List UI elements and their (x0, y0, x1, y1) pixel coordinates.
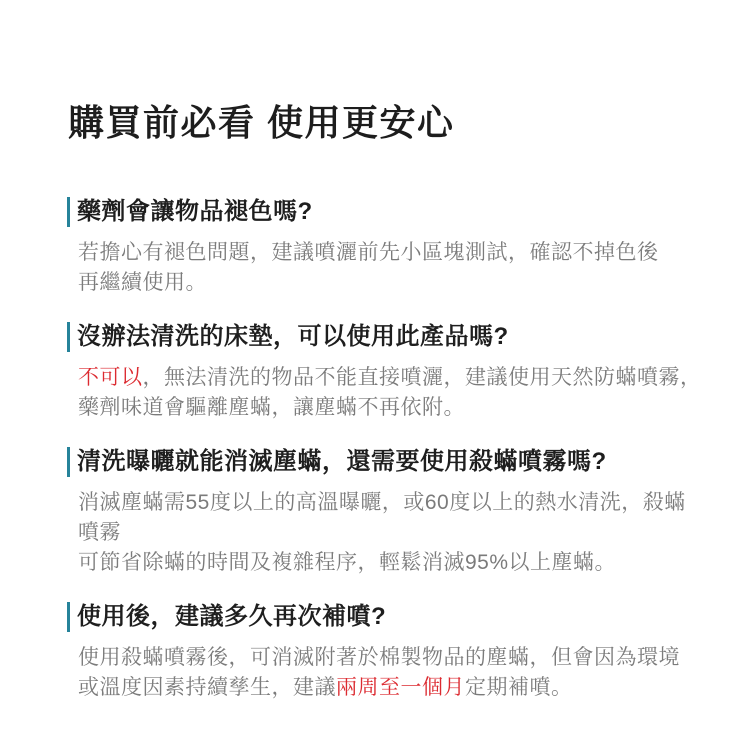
faq-item: 沒辦法清洗的床墊，可以使用此產品嗎? 不可以，無法清洗的物品不能直接噴灑，建議使… (67, 322, 702, 423)
faq-item: 清洗曝曬就能消滅塵蟎，還需要使用殺蟎噴霧嗎? 消滅塵蟎需55度以上的高溫曝曬，或… (67, 447, 702, 578)
answer-segment: 再繼續使用。 (78, 271, 207, 294)
answer-segment: 藥劑味道會驅離塵蟎，讓塵蟎不再依附。 (78, 396, 465, 419)
answer-segment: 或溫度因素持續孳生，建議 (78, 676, 336, 699)
answer-segment: ，無法清洗的物品不能直接噴灑，建議使用天然防蟎噴霧， (143, 366, 702, 389)
answer-highlight: 兩周至一個月 (336, 676, 465, 699)
faq-list: 藥劑會讓物品褪色嗎? 若擔心有褪色問題，建議噴灑前先小區塊測試，確認不掉色後再繼… (67, 197, 702, 703)
answer-segment: 使用殺蟎噴霧後，可消滅附著於棉製物品的塵蟎，但會因為環境 (78, 646, 680, 669)
faq-answer: 不可以，無法清洗的物品不能直接噴灑，建議使用天然防蟎噴霧，藥劑味道會驅離塵蟎，讓… (78, 363, 702, 423)
faq-page: 購買前必看 使用更安心 藥劑會讓物品褪色嗎? 若擔心有褪色問題，建議噴灑前先小區… (0, 0, 750, 750)
answer-segment: 若擔心有褪色問題，建議噴灑前先小區塊測試，確認不掉色後 (78, 241, 659, 264)
faq-question: 藥劑會讓物品褪色嗎? (67, 197, 702, 227)
faq-answer: 消滅塵蟎需55度以上的高溫曝曬，或60度以上的熱水清洗，殺蟎噴霧可節省除蟎的時間… (78, 488, 702, 578)
page-title: 購買前必看 使用更安心 (68, 101, 702, 144)
answer-segment: 定期補噴。 (465, 676, 573, 699)
faq-question: 沒辦法清洗的床墊，可以使用此產品嗎? (67, 322, 702, 352)
faq-question: 使用後，建議多久再次補噴? (67, 602, 702, 632)
answer-highlight: 不可以 (78, 366, 143, 389)
faq-answer: 使用殺蟎噴霧後，可消滅附著於棉製物品的塵蟎，但會因為環境或溫度因素持續孳生，建議… (78, 643, 702, 703)
answer-segment: 消滅塵蟎需55度以上的高溫曝曬，或60度以上的熱水清洗，殺蟎噴霧 (78, 491, 686, 544)
faq-answer: 若擔心有褪色問題，建議噴灑前先小區塊測試，確認不掉色後再繼續使用。 (78, 238, 702, 298)
faq-question: 清洗曝曬就能消滅塵蟎，還需要使用殺蟎噴霧嗎? (67, 447, 702, 477)
faq-item: 使用後，建議多久再次補噴? 使用殺蟎噴霧後，可消滅附著於棉製物品的塵蟎，但會因為… (67, 602, 702, 703)
answer-segment: 可節省除蟎的時間及複雜程序，輕鬆消滅95%以上塵蟎。 (78, 551, 616, 574)
faq-item: 藥劑會讓物品褪色嗎? 若擔心有褪色問題，建議噴灑前先小區塊測試，確認不掉色後再繼… (67, 197, 702, 298)
